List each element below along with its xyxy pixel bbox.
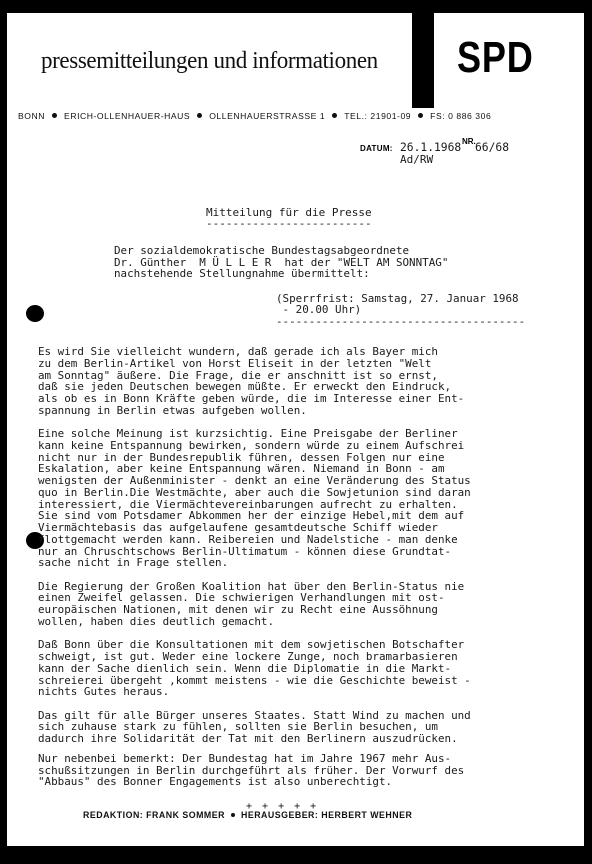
footer-publisher: HERAUSGEBER: HERBERT WEHNER xyxy=(241,810,412,820)
press-release-page: pressemitteilungen und informationen SPD… xyxy=(7,13,584,846)
statement-body: Es wird Sie vielleicht wundern, daß gera… xyxy=(38,346,558,800)
paragraph: Eine solche Meinung ist kurzsichtig. Ein… xyxy=(38,428,558,569)
masthead-title: pressemitteilungen und informationen xyxy=(41,48,378,75)
letterhead-divider-bar xyxy=(412,13,434,108)
number-value: 66/68 xyxy=(475,141,509,154)
bullet-icon xyxy=(332,113,337,118)
address-line: BONNERICH-OLLENHAUER-HAUSOLLENHAUERSTRAS… xyxy=(18,111,491,121)
address-telex: FS: 0 886 306 xyxy=(430,111,491,121)
paragraph: Es wird Sie vielleicht wundern, daß gera… xyxy=(38,346,558,417)
address-phone: TEL.: 21901-09 xyxy=(344,111,411,121)
datum-label: DATUM: xyxy=(360,144,393,153)
address-city: BONN xyxy=(18,111,45,121)
bullet-icon xyxy=(197,113,202,118)
embargo-notice: (Sperrfrist: Samstag, 27. Januar 1968 - … xyxy=(276,293,525,327)
footer-editor: REDAKTION: FRANK SOMMER xyxy=(83,810,225,820)
spd-logo: SPD xyxy=(457,33,534,83)
paragraph: Daß Bonn über die Konsultationen mit dem… xyxy=(38,639,558,698)
bullet-icon xyxy=(418,113,423,118)
number-label: NR. xyxy=(462,137,476,146)
address-street: OLLENHAUERSTRASSE 1 xyxy=(209,111,325,121)
bullet-icon xyxy=(52,113,57,118)
paragraph: Nur nebenbei bemerkt: Der Bundestag hat … xyxy=(38,753,558,788)
bullet-icon xyxy=(231,813,235,817)
punch-hole-top xyxy=(26,305,44,322)
intro-paragraph: Der sozialdemokratische Bundestagsabgeor… xyxy=(114,245,448,280)
address-building: ERICH-OLLENHAUER-HAUS xyxy=(64,111,190,121)
signature-initials: Ad/RW xyxy=(400,153,433,166)
paragraph: Die Regierung der Großen Koalition hat ü… xyxy=(38,581,558,628)
editorial-footer: REDAKTION: FRANK SOMMERHERAUSGEBER: HERB… xyxy=(83,810,412,820)
title-underline: ------------------------- xyxy=(206,217,372,230)
paragraph: Das gilt für alle Bürger unseres Staates… xyxy=(38,710,558,745)
